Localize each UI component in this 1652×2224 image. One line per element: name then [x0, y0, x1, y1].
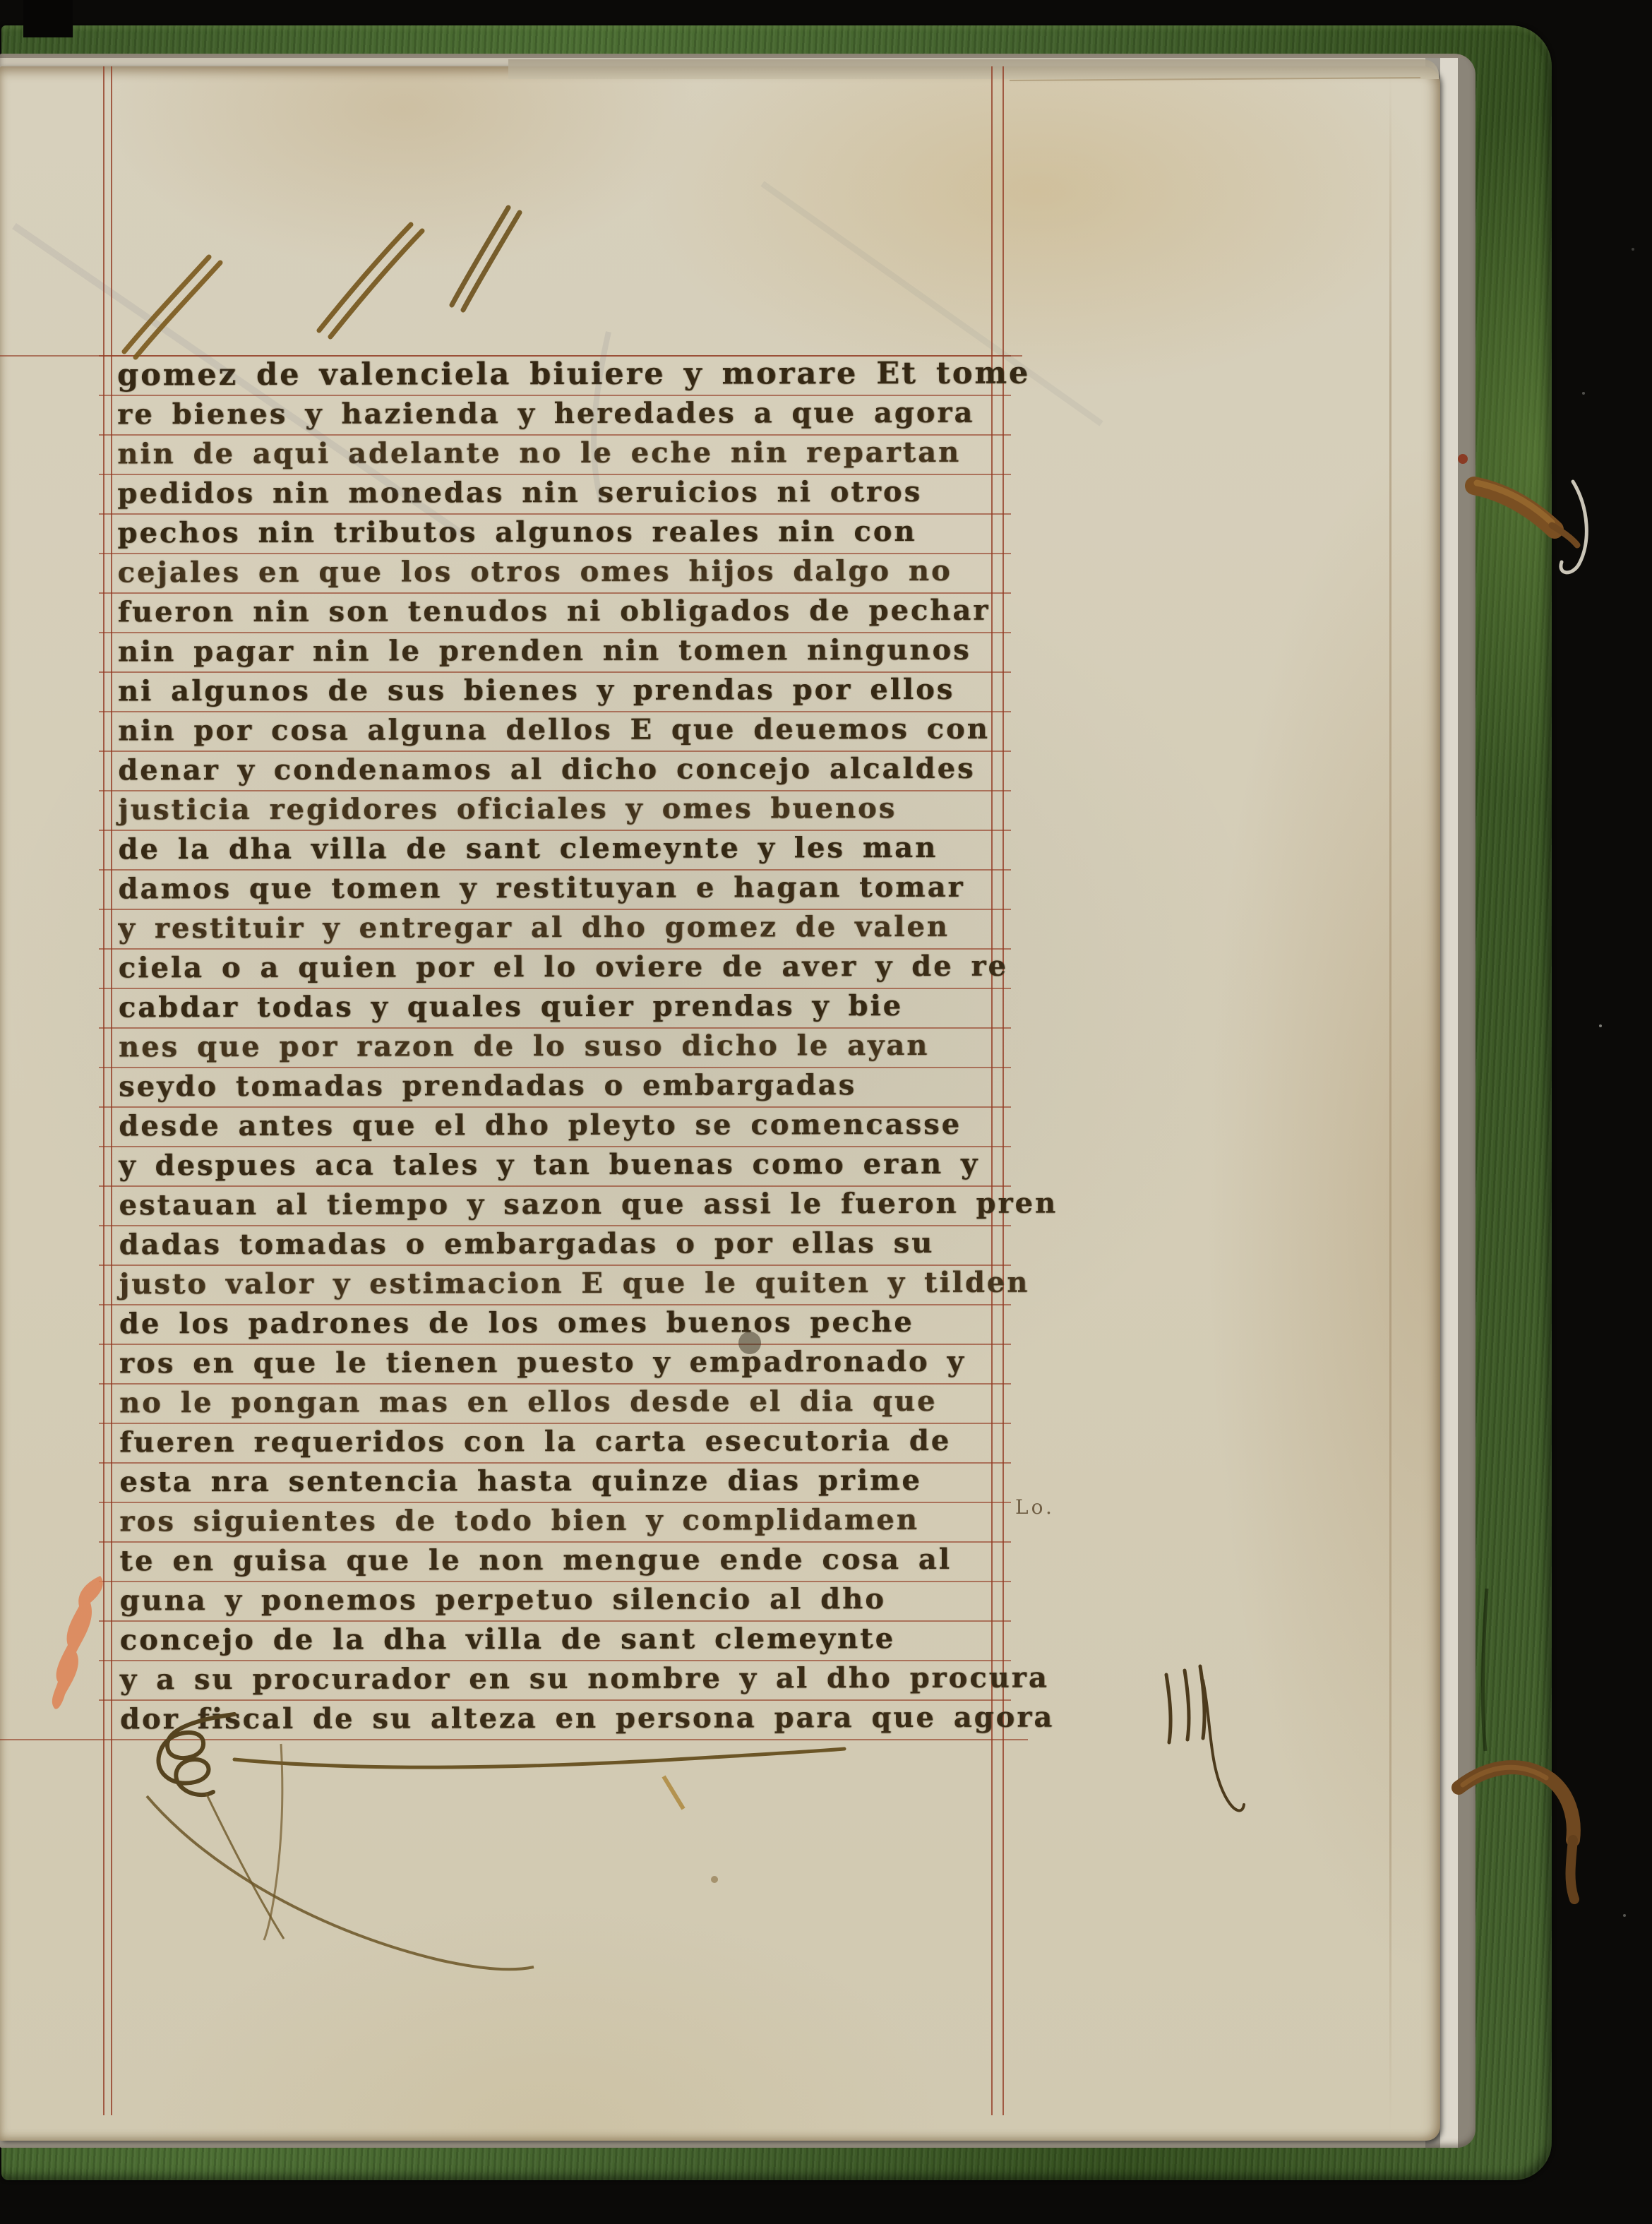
parchment-edge-crease	[1389, 71, 1391, 2136]
manuscript-line: esta nra sentencia hasta quinze dias pri…	[119, 1461, 1016, 1503]
manuscript-line: te en guisa que le non mengue ende cosa …	[119, 1541, 1016, 1582]
manuscript-line: justicia regidores oficiales y omes buen…	[118, 789, 1014, 831]
manuscript-line: y despues aca tales y tan buenas como er…	[119, 1145, 1015, 1187]
manuscript-line: justo valor y estimacion E que le quiten…	[119, 1264, 1016, 1305]
manuscript-line: dor fiscal de su alteza en persona para …	[120, 1699, 1017, 1740]
manuscript-line: ni algunos de sus bienes y prendas por e…	[118, 671, 1014, 712]
manuscript-line: dadas tomadas o embargadas o por ellas s…	[119, 1224, 1016, 1266]
manuscript-line: pechos nin tributos algunos reales nin c…	[117, 513, 1014, 554]
tie-thread	[1561, 482, 1586, 573]
manuscript-line: estauan al tiempo y sazon que assi le fu…	[119, 1185, 1015, 1226]
manuscript-line: nin de aqui adelante no le eche nin repa…	[117, 434, 1014, 475]
corner-notch	[23, 0, 73, 37]
manuscript-line: concejo de la dha villa de sant clemeynt…	[120, 1620, 1017, 1661]
manuscript-line: denar y condenamos al dicho concejo alca…	[118, 750, 1014, 791]
manuscript-line: de los padrones de los omes buenos peche	[119, 1303, 1016, 1345]
manuscript-line: seydo tomadas prendadas o embargadas	[119, 1066, 1015, 1108]
under-page-top-edge	[508, 59, 1439, 79]
manuscript-line: ciela o a quien por el lo oviere de aver…	[119, 947, 1015, 989]
manuscript-line: damos que tomen y restituyan e hagan tom…	[118, 868, 1014, 910]
manuscript-line: cabdar todas y quales quier prendas y bi…	[119, 987, 1015, 1029]
manuscript-line: cejales en que los otros omes hijos dalg…	[118, 552, 1014, 594]
manuscript-line: de la dha villa de sant clemeynte y les …	[118, 829, 1014, 871]
photograph-background: gomez de valenciela biuiere y morare Et …	[0, 0, 1652, 2224]
manuscript-line: no le pongan mas en ellos desde el dia q…	[119, 1382, 1016, 1424]
margin-note: Lo.	[1015, 1495, 1055, 1519]
manuscript-text-block: gomez de valenciela biuiere y morare Et …	[117, 354, 1017, 1740]
manuscript-line: gomez de valenciela biuiere y morare Et …	[117, 354, 1014, 396]
manuscript-line: desde antes que el dho pleyto se comenca…	[119, 1106, 1015, 1147]
manuscript-line: nin pagar nin le prenden nin tomen ningu…	[118, 631, 1014, 673]
manuscript-line: y a su procurador en su nombre y al dho …	[120, 1659, 1017, 1701]
manuscript-line: nin por cosa alguna dellos E que deuemos…	[118, 710, 1014, 752]
manuscript-line: re bienes y hazienda y heredades a que a…	[117, 394, 1014, 436]
manuscript-line: pedidos nin monedas nin seruicios ni otr…	[117, 473, 1014, 515]
manuscript-line: fueren requeridos con la carta esecutori…	[119, 1422, 1016, 1464]
manuscript-line: fueron nin son tenudos ni obligados de p…	[118, 592, 1014, 633]
manuscript-line: y restituir y entregar al dho gomez de v…	[119, 908, 1015, 950]
manuscript-line: guna y ponemos perpetuo silencio al dho	[120, 1580, 1017, 1622]
manuscript-line: ros en que le tienen puesto y empadronad…	[119, 1343, 1016, 1385]
manuscript-line: nes que por razon de lo suso dicho le ay…	[119, 1027, 1015, 1068]
manuscript-line: ros siguientes de todo bien y complidame…	[119, 1501, 1016, 1543]
